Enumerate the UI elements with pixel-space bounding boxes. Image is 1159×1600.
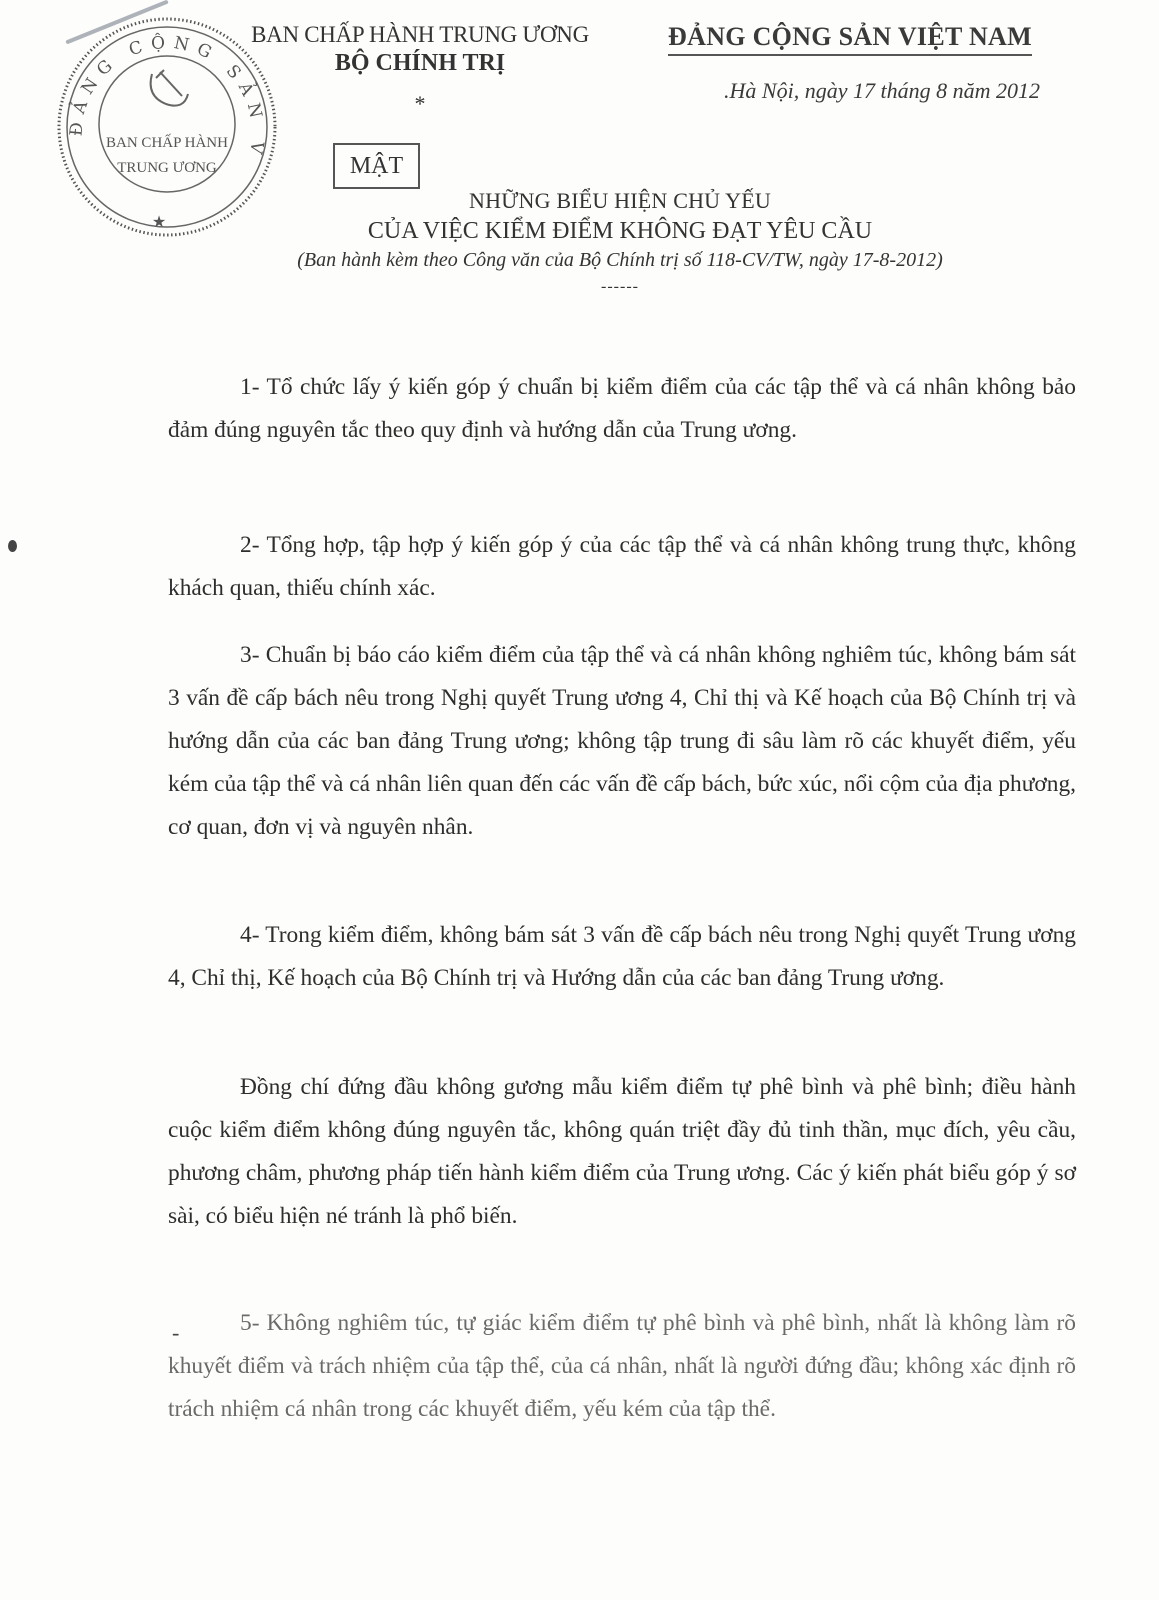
- paragraph-text: 3- Chuẩn bị báo cáo kiểm điểm của tập th…: [168, 634, 1076, 849]
- issuer-star: *: [240, 91, 600, 117]
- paragraph-text: 5- Không nghiêm túc, tự giác kiểm điểm t…: [168, 1302, 1076, 1431]
- paragraph-2: 2- Tổng hợp, tập hợp ý kiến góp ý của cá…: [168, 524, 1076, 610]
- title-line-2: CỦA VIỆC KIỂM ĐIỂM KHÔNG ĐẠT YÊU CẦU: [180, 218, 1060, 245]
- party-header: ĐẢNG CỘNG SẢN VIỆT NAM .Hà Nội, ngày 17 …: [640, 22, 1060, 104]
- title-subtitle: (Ban hành kèm theo Công văn của Bộ Chính…: [180, 249, 1060, 272]
- paragraph-5: 5- Không nghiêm túc, tự giác kiểm điểm t…: [168, 1302, 1076, 1431]
- paragraph-4: 4- Trong kiểm điểm, không bám sát 3 vấn …: [168, 914, 1076, 1000]
- paragraph-text: 4- Trong kiểm điểm, không bám sát 3 vấn …: [168, 914, 1076, 1000]
- svg-text:BAN CHẤP HÀNH: BAN CHẤP HÀNH: [106, 134, 228, 151]
- svg-text:★: ★: [152, 214, 166, 231]
- issuer-header: BAN CHẤP HÀNH TRUNG ƯƠNG BỘ CHÍNH TRỊ *: [240, 22, 600, 117]
- svg-text:TRUNG ƯƠNG: TRUNG ƯƠNG: [117, 160, 217, 176]
- dateline: .Hà Nội, ngày 17 tháng 8 năm 2012: [640, 78, 1060, 104]
- party-name: ĐẢNG CỘNG SẢN VIỆT NAM: [668, 22, 1032, 56]
- classification-badge: MẬT: [333, 143, 420, 189]
- paragraph-text: 1- Tổ chức lấy ý kiến góp ý chuẩn bị kiể…: [168, 366, 1076, 452]
- title-line-1: NHỮNG BIỂU HIỆN CHỦ YẾU: [180, 188, 1060, 214]
- scan-artifact-ink-spot: [8, 540, 17, 552]
- paragraph-1: 1- Tổ chức lấy ý kiến góp ý chuẩn bị kiể…: [168, 366, 1076, 452]
- title-separator: ------: [180, 278, 1060, 296]
- document-title: NHỮNG BIỂU HIỆN CHỦ YẾU CỦA VIỆC KIỂM ĐI…: [180, 188, 1060, 296]
- paragraph-text: 2- Tổng hợp, tập hợp ý kiến góp ý của cá…: [168, 524, 1076, 610]
- paragraph-4-note: Đồng chí đứng đầu không gương mẫu kiểm đ…: [168, 1066, 1076, 1238]
- paragraph-3: 3- Chuẩn bị báo cáo kiểm điểm của tập th…: [168, 634, 1076, 849]
- paragraph-text: Đồng chí đứng đầu không gương mẫu kiểm đ…: [168, 1066, 1076, 1238]
- issuer-line-1: BAN CHẤP HÀNH TRUNG ƯƠNG: [240, 22, 600, 48]
- issuer-line-2: BỘ CHÍNH TRỊ: [240, 50, 600, 77]
